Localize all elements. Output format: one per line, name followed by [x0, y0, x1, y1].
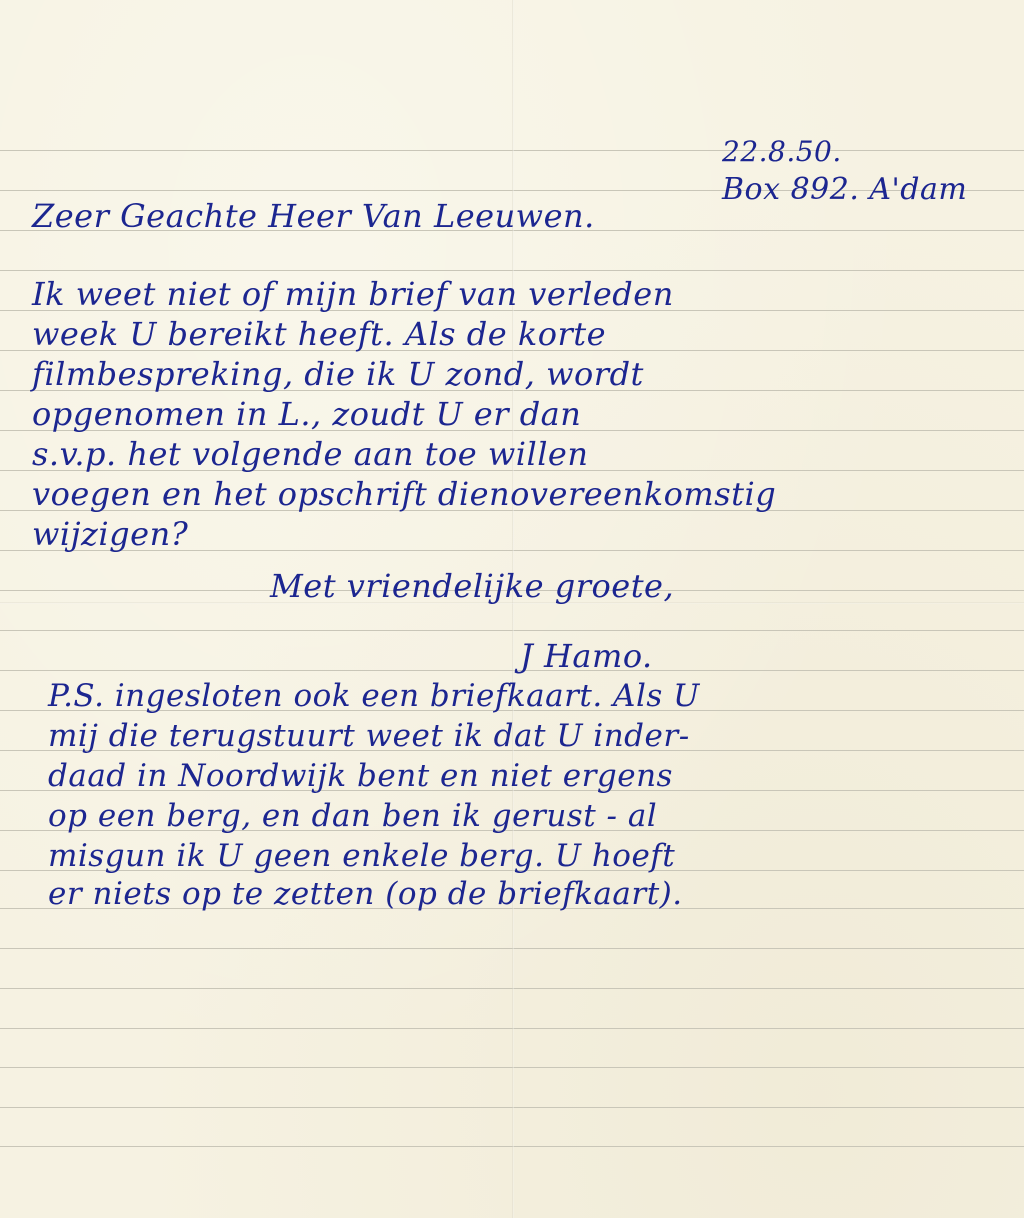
body-line: week U bereikt heeft. Als de korte [32, 314, 606, 354]
signature: J Hamo. [520, 636, 653, 676]
postscript-line: misgun ik U geen enkele berg. U hoeft [48, 836, 675, 876]
postscript-line: P.S. ingesloten ook een briefkaart. Als … [48, 676, 700, 716]
vertical-fold [512, 0, 514, 1218]
salutation: Zeer Geachte Heer Van Leeuwen. [32, 196, 595, 236]
postscript-line: er niets op te zetten (op de briefkaart)… [48, 874, 683, 914]
sender-address: Box 892. A'dam [722, 170, 967, 210]
closing: Met vriendelijke groete, [270, 566, 674, 606]
letter-date: 22.8.50. [722, 132, 842, 172]
postscript-line: op een berg, en dan ben ik gerust - al [48, 796, 657, 836]
body-line: Ik weet niet of mijn brief van verleden [32, 274, 674, 314]
postscript-line: mij die terugstuurt weet ik dat U inder- [48, 716, 690, 756]
body-line: s.v.p. het volgende aan toe willen [32, 434, 588, 474]
body-line: filmbespreking, die ik U zond, wordt [32, 354, 644, 394]
body-line: voegen en het opschrift dienovereenkomst… [32, 474, 776, 514]
body-line: wijzigen? [32, 514, 188, 554]
postscript-line: daad in Noordwijk bent en niet ergens [48, 756, 673, 796]
body-line: opgenomen in L., zoudt U er dan [32, 394, 581, 434]
